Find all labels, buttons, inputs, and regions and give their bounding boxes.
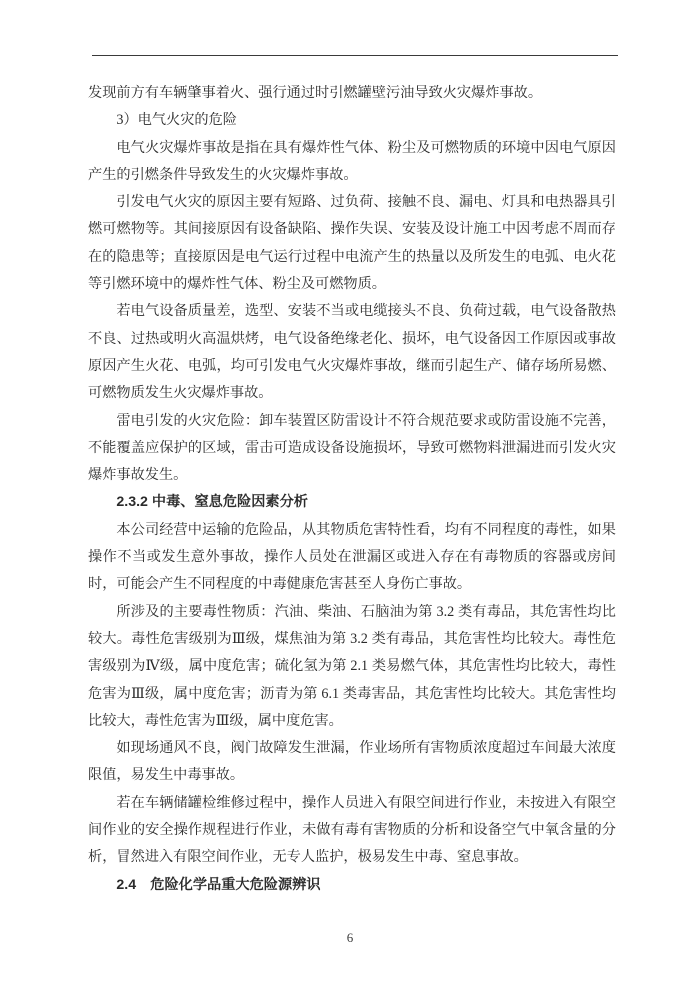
body-paragraph: 发现前方有车辆肇事着火、强行通过时引燃罐壁污油导致火灾爆炸事故。 xyxy=(88,80,616,107)
body-paragraph: 引发电气火灾的原因主要有短路、过负荷、接触不良、漏电、灯具和电热器具引燃可燃物等… xyxy=(88,189,616,298)
body-paragraph: 如现场通风不良，阀门故障发生泄漏，作业场所有害物质浓度超过车间最大浓度限值，易发… xyxy=(88,735,616,790)
body-paragraph: 3）电气火灾的危险 xyxy=(88,107,616,134)
document-page: 发现前方有车辆肇事着火、强行通过时引燃罐壁污油导致火灾爆炸事故。3）电气火灾的危… xyxy=(0,0,700,990)
page-body: 发现前方有车辆肇事着火、强行通过时引燃罐壁污油导致火灾爆炸事故。3）电气火灾的危… xyxy=(88,80,616,899)
body-paragraph: 雷电引发的火灾危险：卸车装置区防雷设计不符合规范要求或防雷设施不完善，不能覆盖应… xyxy=(88,408,616,490)
body-paragraph: 若电气设备质量差，选型、安装不当或电缆接头不良、负荷过载，电气设备散热不良、过热… xyxy=(88,298,616,407)
section-heading: 2.4 危险化学品重大危险源辨识 xyxy=(88,872,616,899)
body-paragraph: 所涉及的主要毒性物质：汽油、柴油、石脑油为第 3.2 类有毒品，其危害性均比较大… xyxy=(88,599,616,735)
section-heading: 2.3.2 中毒、窒息危险因素分析 xyxy=(88,489,616,516)
body-paragraph: 若在车辆储罐检维修过程中，操作人员进入有限空间进行作业，未按进入有限空间作业的安… xyxy=(88,790,616,872)
header-rule xyxy=(92,55,618,56)
page-number: 6 xyxy=(0,928,700,948)
body-paragraph: 本公司经营中运输的危险品，从其物质危害特性看，均有不同程度的毒性，如果操作不当或… xyxy=(88,517,616,599)
body-paragraph: 电气火灾爆炸事故是指在具有爆炸性气体、粉尘及可燃物质的环境中因电气原因产生的引燃… xyxy=(88,135,616,190)
